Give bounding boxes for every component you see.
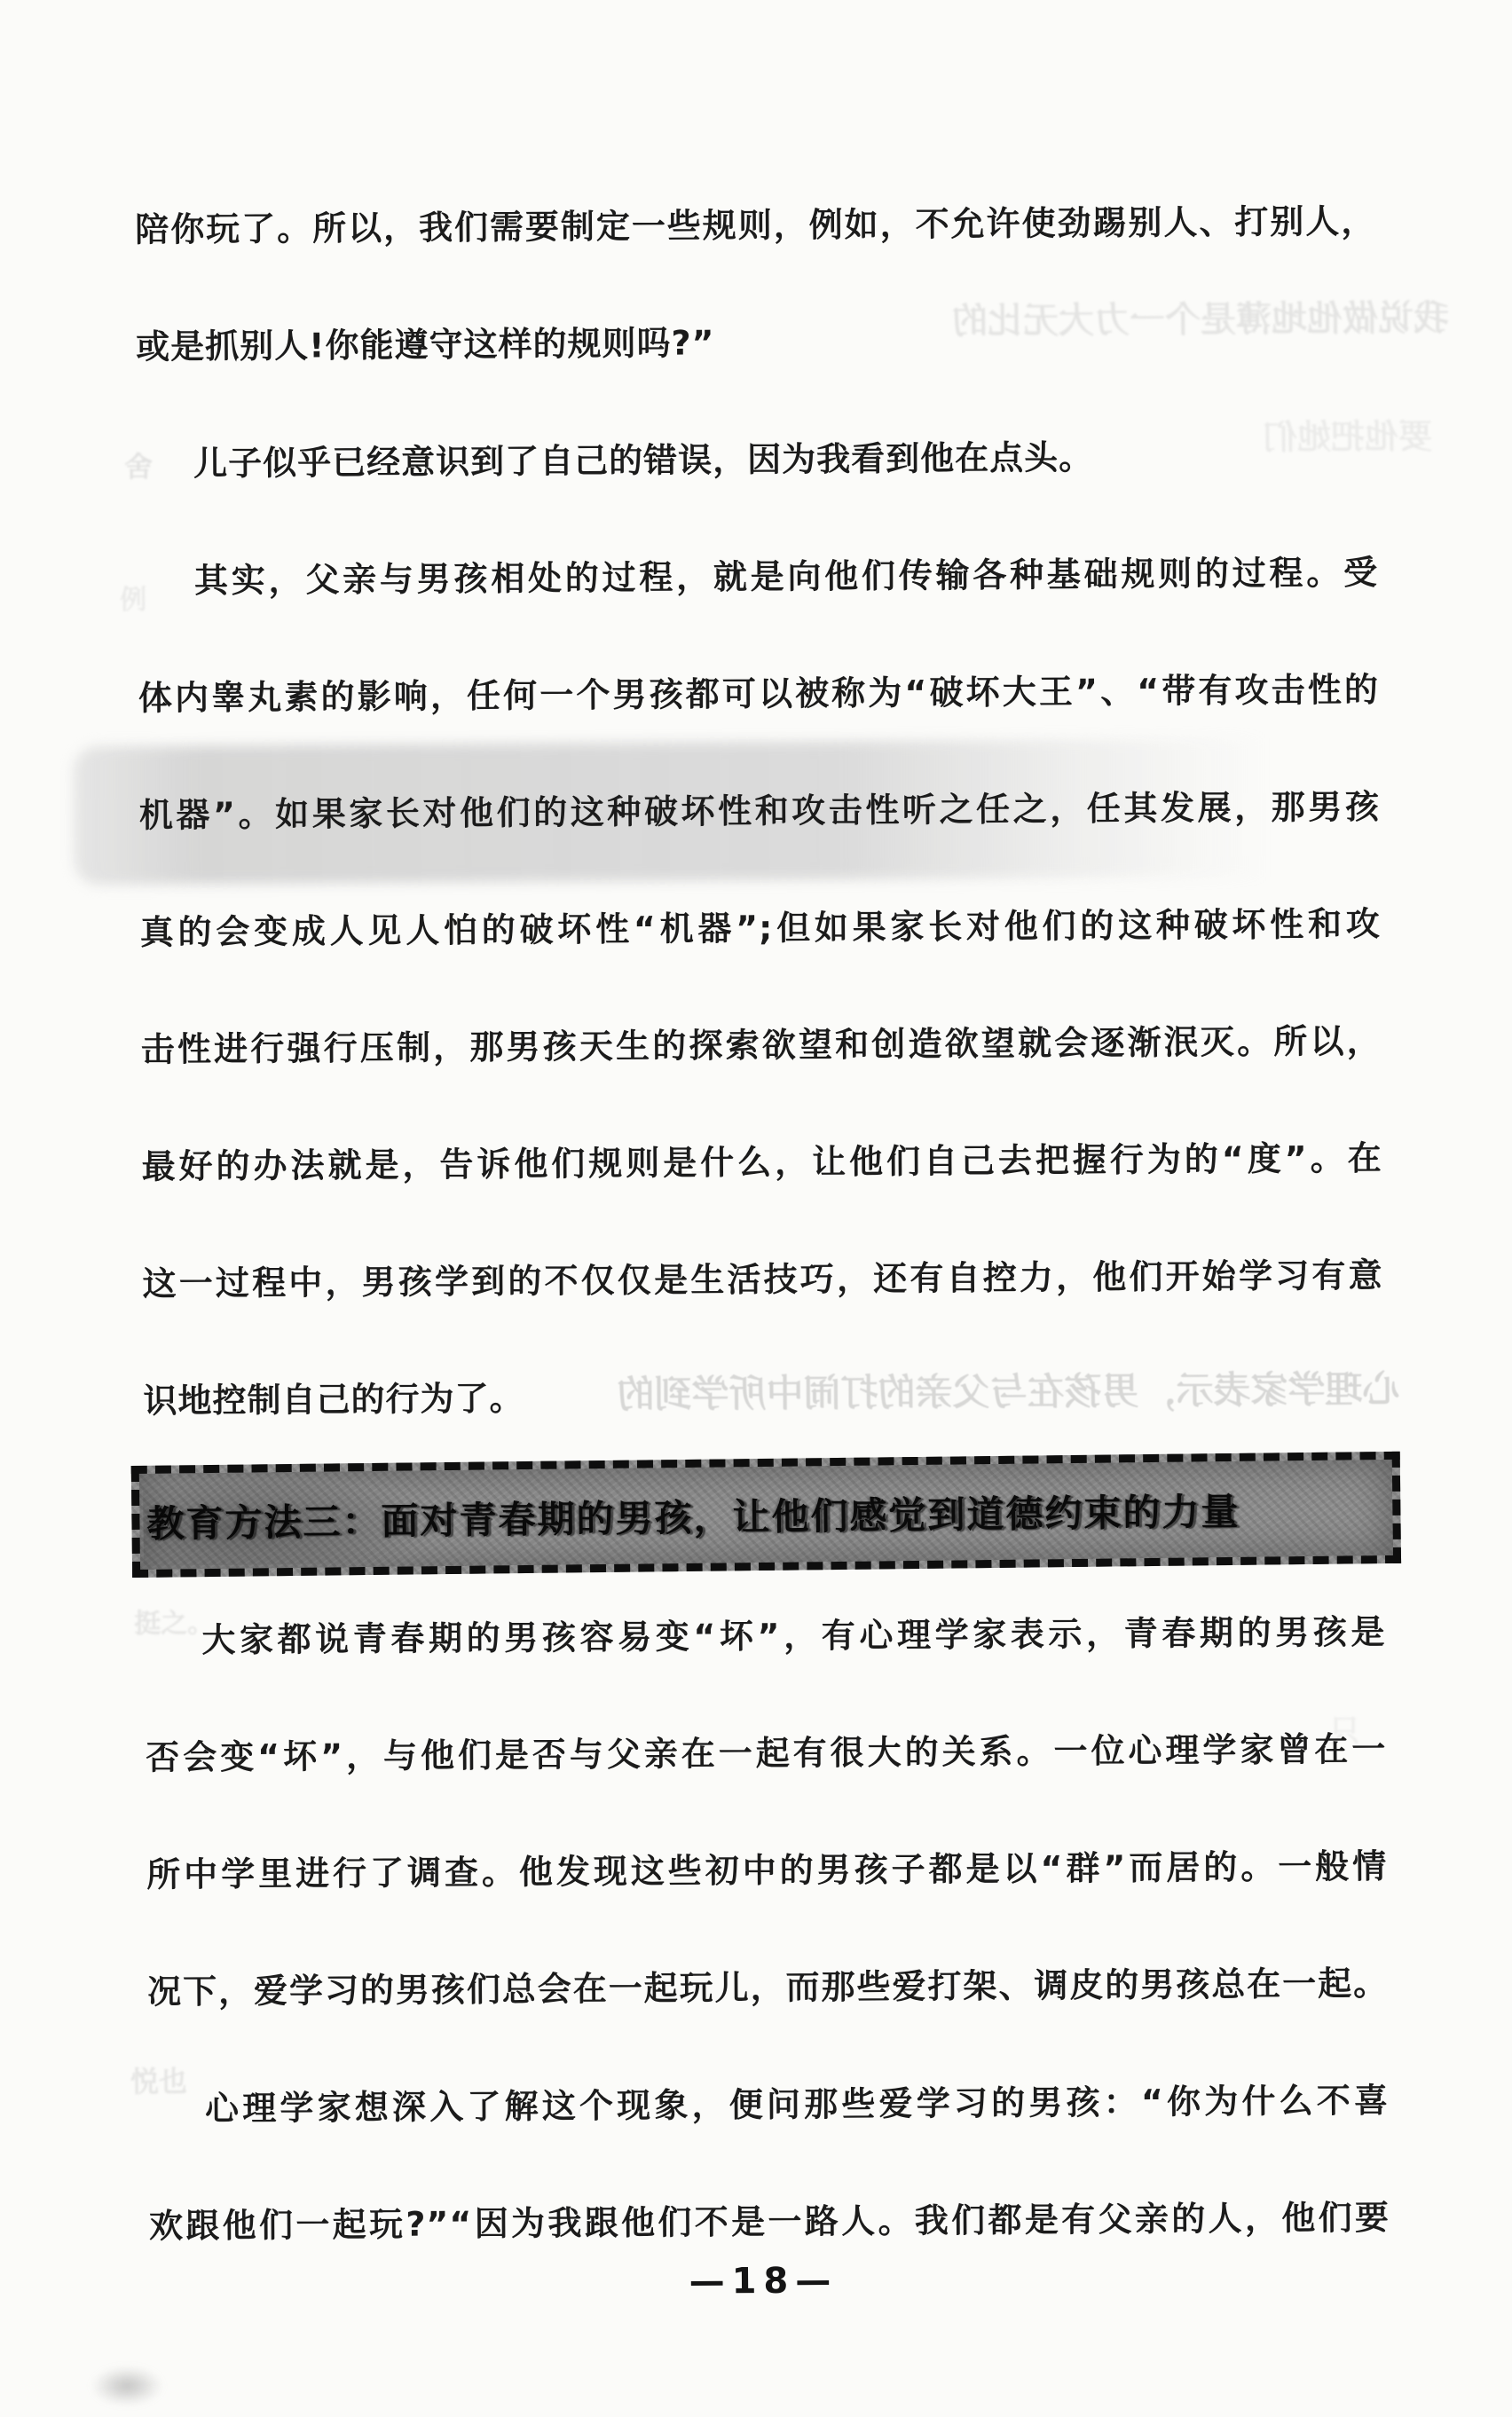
text-line: 识地控制自己的行为了。 (143, 1334, 1384, 1460)
section-heading-band: 教育方法三：面对青春期的男孩，让他们感觉到道德约束的力量 (131, 1452, 1401, 1578)
text-line: 况下，爱学习的男孩们总会在一起玩儿，而那些爱打架、调皮的男孩总在一起。 (147, 1925, 1389, 2051)
text-line: 所中学里进行了调查。他发现这些初中的男孩子都是以“群”而居的。一般情 (146, 1807, 1388, 1933)
text-line: 陪你玩了。所以，我们需要制定一些规则，例如，不允许使劲踢别人、打别人， (135, 162, 1376, 288)
section-heading-slot: 教育方法三：面对青春期的男孩，让他们感觉到道德约束的力量 (144, 1451, 1385, 1582)
text-line: 机器”。如果家长对他们的这种破坏性和攻击性听之任之，任其发展，那男孩 (138, 748, 1380, 874)
text-line: 其实，父亲与男孩相处的过程，就是向他们传输各种基础规则的过程。受 (138, 514, 1379, 640)
body-text-column: 陪你玩了。所以，我们需要制定一些规则，例如，不允许使劲踢别人、打别人， 或是抓别… (135, 162, 1390, 2285)
scanned-book-page: 我说做他地薄是个一力大无比的 要他把她们 舍 例 心理学家表示，男孩在与父亲的打… (0, 0, 1512, 2417)
text-line: 真的会变成人见人怕的破坏性“机器”;但如果家长对他们的这种破坏性和攻 (139, 865, 1381, 991)
text-line: 儿子似乎已经意识到了自己的错误，因为我看到他在点头。 (137, 397, 1378, 523)
text-line: 体内睾丸素的影响，任何一个男孩都可以被称为“破坏大王”、“带有攻击性的 (138, 631, 1380, 757)
text-line: 最好的办法就是，告诉他们规则是什么，让他们自己去把握行为的“度”。在 (141, 1099, 1382, 1225)
text-line: 击性进行强行压制，那男孩天生的探索欲望和创造欲望就会逐渐泯灭。所以， (140, 982, 1382, 1108)
text-line: 大家都说青春期的男孩容易变“坏”，有心理学家表示，青春期的男孩是 (145, 1573, 1386, 1699)
text-line: 这一过程中，男孩学到的不仅仅是生活技巧，还有自控力，他们开始学习有意 (142, 1216, 1383, 1342)
section-heading: 教育方法三：面对青春期的男孩，让他们感觉到道德约束的力量 (139, 1483, 1240, 1548)
text-line: 心理学家想深入了解这个现象，便问那些爱学习的男孩：“你为什么不喜 (148, 2042, 1390, 2168)
text-line: 或是抓别人!你能遵守这样的规则吗?” (136, 279, 1377, 405)
text-line: 否会变“坏”，与他们是否与父亲在一起有很大的关系。一位心理学家曾在一 (146, 1690, 1387, 1816)
scan-corner-smudge (91, 2366, 162, 2406)
